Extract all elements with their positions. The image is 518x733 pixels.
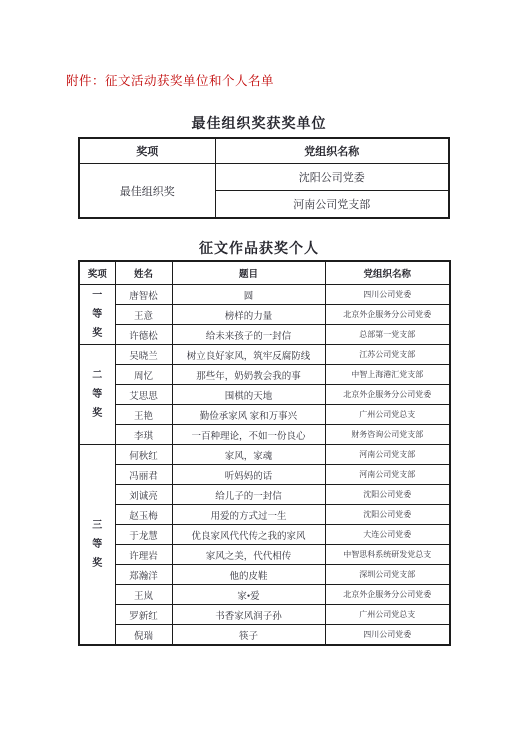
table-row: 李琪 一百种理论，不如一份良心 财务咨询公司党支部 [79, 425, 450, 445]
table-row: 罗新红 书香家风润子孙 广州公司党总支 [79, 605, 450, 625]
winner-name: 吴晓兰 [115, 345, 172, 365]
org-award-table: 奖项 党组织名称 最佳组织奖 沈阳公司党委 河南公司党支部 [78, 137, 450, 219]
winner-name: 王岚 [115, 585, 172, 605]
org-name: 深圳公司党支部 [325, 565, 450, 585]
org-name: 大连公司党委 [325, 525, 450, 545]
org-name: 中智上海港汇党支部 [325, 365, 450, 385]
org-name: 河南公司党支部 [325, 445, 450, 465]
header-title: 题目 [172, 261, 325, 285]
winner-name: 罗新红 [115, 605, 172, 625]
table-row: 二等奖 吴晓兰 树立良好家风，筑牢反腐防线 江苏公司党支部 [79, 345, 450, 365]
table-row: 艾思思 围棋的天地 北京外企服务分公司党委 [79, 385, 450, 405]
table-row: 冯丽君 听妈妈的话 河南公司党支部 [79, 465, 450, 485]
individual-award-title: 征文作品获奖个人 [0, 238, 518, 258]
org-name: 沈阳公司党委 [325, 505, 450, 525]
essay-title: 围棋的天地 [172, 385, 325, 405]
table-row: 最佳组织奖 沈阳公司党委 [79, 164, 449, 191]
winner-name: 唐智松 [115, 285, 172, 305]
essay-title: 家风之美，代代相传 [172, 545, 325, 565]
org-award-title: 最佳组织奖获奖单位 [0, 113, 518, 133]
table-row: 郑瀚洋 他的皮鞋 深圳公司党支部 [79, 565, 450, 585]
attachment-heading: 附件：征文活动获奖单位和个人名单 [66, 71, 274, 89]
winner-name: 刘诚亮 [115, 485, 172, 505]
org-name: 沈阳公司党委 [325, 485, 450, 505]
table-row: 王意 榜样的力量 北京外企服务分公司党委 [79, 305, 450, 325]
essay-title: 家•爱 [172, 585, 325, 605]
winner-name: 冯丽君 [115, 465, 172, 485]
table-row: 一等奖 唐智松 圆 四川公司党委 [79, 285, 450, 305]
essay-title: 勤俭承家风 家和万事兴 [172, 405, 325, 425]
essay-title: 榜样的力量 [172, 305, 325, 325]
essay-title: 他的皮鞋 [172, 565, 325, 585]
table-row: 许理岩 家风之美，代代相传 中智思科系统研发党总支 [79, 545, 450, 565]
table-row: 三等奖 何秋红 家风，家魂 河南公司党支部 [79, 445, 450, 465]
essay-title: 筷子 [172, 625, 325, 646]
essay-title: 书香家风润子孙 [172, 605, 325, 625]
essay-title: 那些年，奶奶教会我的事 [172, 365, 325, 385]
table-header-row: 奖项 姓名 题目 党组织名称 [79, 261, 450, 285]
header-org: 党组织名称 [215, 138, 449, 164]
award-tier-cell: 三等奖 [79, 445, 115, 646]
essay-title: 家风，家魂 [172, 445, 325, 465]
header-org: 党组织名称 [325, 261, 450, 285]
org-name: 广州公司党总支 [325, 605, 450, 625]
winner-name: 于龙慧 [115, 525, 172, 545]
award-tier-label: 一等奖 [92, 286, 102, 343]
winner-name: 周忆 [115, 365, 172, 385]
org-name: 江苏公司党支部 [325, 345, 450, 365]
winner-name: 李琪 [115, 425, 172, 445]
essay-title: 给儿子的一封信 [172, 485, 325, 505]
individual-award-table: 奖项 姓名 题目 党组织名称 一等奖 唐智松 圆 四川公司党委 王意 榜样的力量… [78, 260, 451, 646]
table-row: 于龙慧 优良家风代代传之我的家风 大连公司党委 [79, 525, 450, 545]
essay-title: 听妈妈的话 [172, 465, 325, 485]
org-name: 四川公司党委 [325, 625, 450, 646]
table-row: 许德松 给未来孩子的一封信 总部第一党支部 [79, 325, 450, 345]
org-name: 四川公司党委 [325, 285, 450, 305]
table-row: 倪瑞 筷子 四川公司党委 [79, 625, 450, 646]
org-name: 北京外企服务分公司党委 [325, 585, 450, 605]
org-name: 北京外企服务分公司党委 [325, 385, 450, 405]
table-row: 周忆 那些年，奶奶教会我的事 中智上海港汇党支部 [79, 365, 450, 385]
org-name: 北京外企服务分公司党委 [325, 305, 450, 325]
essay-title: 圆 [172, 285, 325, 305]
winner-name: 王艳 [115, 405, 172, 425]
award-tier-cell: 一等奖 [79, 285, 115, 345]
winner-name: 倪瑞 [115, 625, 172, 646]
essay-title: 用爱的方式过一生 [172, 505, 325, 525]
org-name: 河南公司党支部 [325, 465, 450, 485]
essay-title: 给未来孩子的一封信 [172, 325, 325, 345]
header-award: 奖项 [79, 261, 115, 285]
table-row: 王岚 家•爱 北京外企服务分公司党委 [79, 585, 450, 605]
org-name: 河南公司党支部 [215, 191, 449, 219]
header-award: 奖项 [79, 138, 215, 164]
essay-title: 树立良好家风，筑牢反腐防线 [172, 345, 325, 365]
org-name: 沈阳公司党委 [215, 164, 449, 191]
award-tier-label: 三等奖 [92, 516, 102, 573]
header-name: 姓名 [115, 261, 172, 285]
winner-name: 郑瀚洋 [115, 565, 172, 585]
table-row: 赵玉梅 用爱的方式过一生 沈阳公司党委 [79, 505, 450, 525]
winner-name: 何秋红 [115, 445, 172, 465]
org-name: 总部第一党支部 [325, 325, 450, 345]
table-header-row: 奖项 党组织名称 [79, 138, 449, 164]
org-name: 中智思科系统研发党总支 [325, 545, 450, 565]
award-label-cell: 最佳组织奖 [79, 164, 215, 219]
org-name: 广州公司党总支 [325, 405, 450, 425]
essay-title: 优良家风代代传之我的家风 [172, 525, 325, 545]
winner-name: 赵玉梅 [115, 505, 172, 525]
org-name: 财务咨询公司党支部 [325, 425, 450, 445]
document-page: 附件：征文活动获奖单位和个人名单 最佳组织奖获奖单位 奖项 党组织名称 最佳组织… [0, 0, 518, 733]
winner-name: 王意 [115, 305, 172, 325]
award-tier-label: 二等奖 [92, 366, 102, 423]
table-row: 王艳 勤俭承家风 家和万事兴 广州公司党总支 [79, 405, 450, 425]
winner-name: 许理岩 [115, 545, 172, 565]
winner-name: 艾思思 [115, 385, 172, 405]
table-row: 刘诚亮 给儿子的一封信 沈阳公司党委 [79, 485, 450, 505]
essay-title: 一百种理论，不如一份良心 [172, 425, 325, 445]
winner-name: 许德松 [115, 325, 172, 345]
award-tier-cell: 二等奖 [79, 345, 115, 445]
